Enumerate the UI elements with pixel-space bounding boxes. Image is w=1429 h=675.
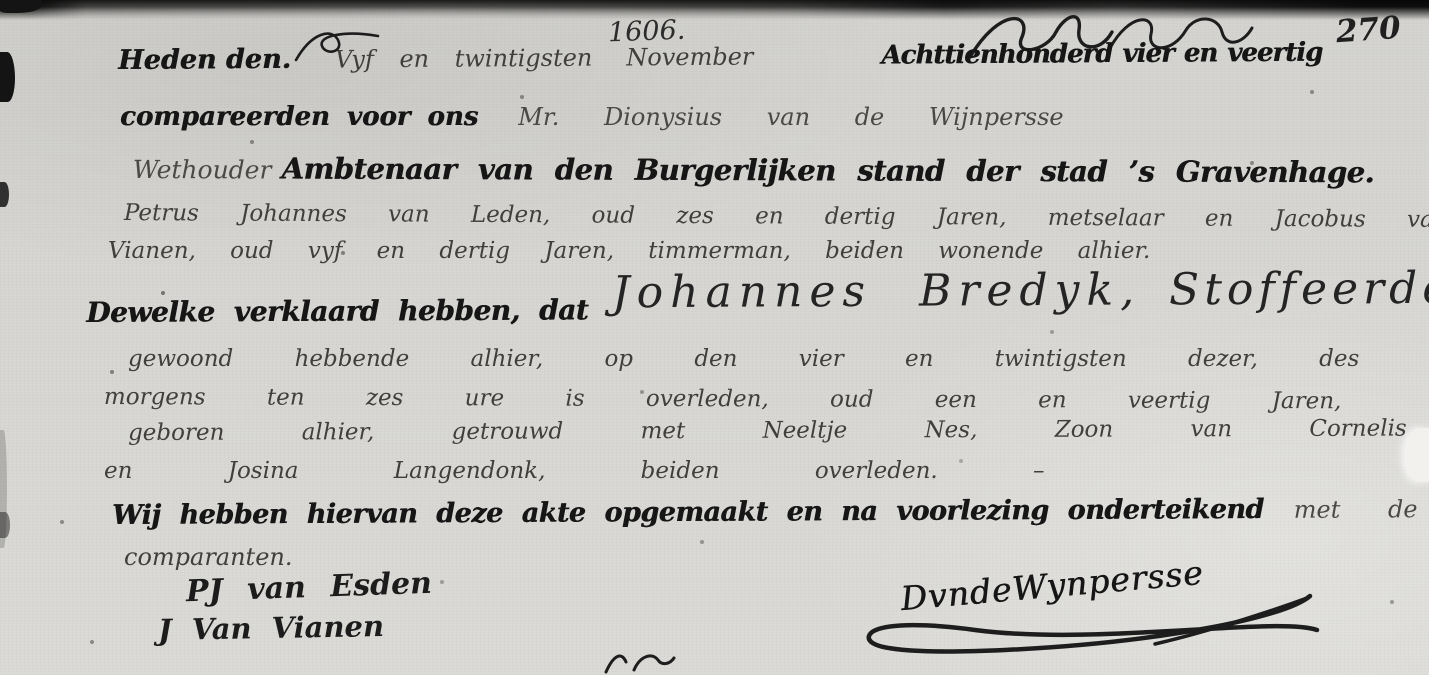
handwritten-line-closing: Wij hebben hiervan deze akte opgemaakt e… <box>112 494 1418 531</box>
line-text: Heden den. <box>118 45 291 76</box>
partial-next-line-icon <box>600 650 710 675</box>
handwritten-line-witness1: Petrus Johannes van Leden, oud zes en de… <box>124 201 1429 233</box>
scan-edge-left-artifact <box>0 512 10 538</box>
line-text: Petrus Johannes van Leden, oud zes en de… <box>124 201 1429 233</box>
line-text: met de <box>1294 496 1418 523</box>
line-text: Vianen, oud vyf en dertig Jaren, timmerm… <box>108 239 1150 264</box>
deceased-occupation: Stoffeerder, <box>1169 265 1429 315</box>
handwritten-line-declaration: Dewelke verklaard hebben, datJohannes Br… <box>86 277 1429 333</box>
line-text: morgens ten zes ure is overleden, oud ee… <box>104 385 1341 415</box>
signature-witness2: J Van Vianen <box>158 609 385 647</box>
line-text: Dewelke verklaard hebben, dat <box>86 295 588 328</box>
deceased-name: Johannes Bredyk, <box>612 266 1141 317</box>
line-text: Mr. Dionysius van de Wijnpersse <box>518 104 1063 130</box>
line-text: Wij hebben hiervan deze akte opgemaakt e… <box>112 495 1264 531</box>
line-text: en Josina Langendonk, beiden overleden. … <box>104 459 1045 484</box>
paper-speckles <box>0 0 2 2</box>
insertion-flourish-icon <box>292 26 382 66</box>
official-signature-flourish-icon <box>855 588 1325 668</box>
handwritten-line-officiant: compareerden voor onsMr. Dionysius van d… <box>120 103 1064 132</box>
line-text: Ambtenaar van den Burgerlijken stand der… <box>281 154 1374 190</box>
line-text: geboren alhier, getrouwd met Neeltje Nes… <box>128 416 1429 446</box>
document-scan: 1606. 270 Heden den.Vyf en twintigstenNo… <box>0 0 1429 675</box>
line-text: gewoond hebbende alhier, op den vier en … <box>128 347 1359 372</box>
scan-edge-left-artifact <box>0 52 15 102</box>
act-number: 270 <box>1335 10 1402 50</box>
handwritten-line-parents: en Josina Langendonk, beiden overleden. … <box>104 459 1045 484</box>
line-text: comparanten. <box>124 544 293 570</box>
handwritten-line-closing2: comparanten. <box>124 544 293 570</box>
handwritten-line-death-date: gewoond hebbende alhier, op den vier en … <box>128 347 1359 372</box>
line-text: compareerden voor ons <box>120 103 478 132</box>
handwritten-line-death-time: morgens ten zes ure is overleden, oud ee… <box>104 385 1341 415</box>
handwritten-line-family: geboren alhier, getrouwd met Neeltje Nes… <box>128 416 1429 446</box>
line-text: Wethouder <box>133 156 272 184</box>
line-text: November <box>626 44 753 71</box>
line-text: Achttienhonderd vier en veertig <box>881 39 1322 71</box>
handwritten-line-witness2: Vianen, oud vyf en dertig Jaren, timmerm… <box>108 239 1150 264</box>
handwritten-line-office: WethouderAmbtenaar van den Burgerlijken … <box>133 153 1374 189</box>
scan-edge-left-artifact <box>0 182 9 207</box>
signature-witness1: PJ van Esden <box>185 566 432 610</box>
